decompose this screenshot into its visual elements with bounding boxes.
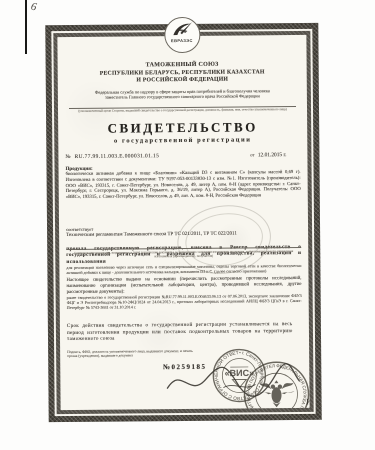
evrazes-logo-icon: [171, 21, 193, 39]
certificate-paper: ТАМОЖЕННЫЙ СОЮЗ РЕСПУБЛИКИ БЕЛАРУСЬ, РЕС…: [57, 35, 309, 410]
validity-statement: Срок действия свидетельства о государств…: [67, 321, 293, 342]
usage-statement: для реализации населению через аптечную …: [66, 263, 301, 275]
scanned-page: 6 ЕВРАЗЭС ТАМОЖЕННЫЙ СОЮЗ РЕСПУБЛИКИ БЕЛ…: [0, 0, 375, 450]
emblem-label: ЕВРАЗЭС: [165, 38, 199, 43]
scan-edge-line: [25, 0, 27, 54]
handwritten-initials: И. Г.: [305, 396, 309, 410]
certificate-subtitle: о государственной регистрации: [65, 136, 300, 145]
signature-scribble-icon: [163, 357, 303, 404]
date-label: от: [250, 153, 254, 158]
handwritten-margin-note: 6: [30, 1, 38, 14]
header-footnote: (уполномоченный орган Стороны, выдавший …: [69, 106, 296, 113]
registration-date: 12.01.2015 г.: [258, 152, 287, 158]
certificate-title: СВИДЕТЕЛЬСТВО: [65, 119, 300, 137]
product-description: биологически активная добавка к пище «Бл…: [66, 170, 301, 201]
registration-number-row: № RU.77.99.11.003.Е.000031.01.15 от 12.0…: [65, 152, 300, 160]
registration-number: RU.77.99.11.003.Е.000031.01.15: [75, 153, 160, 160]
basis-documents: ранее свидетельство о государственной ре…: [67, 293, 302, 310]
certificate-document: ЕВРАЗЭС ТАМОЖЕННЫЙ СОЮЗ РЕСПУБЛИКИ БЕЛАР…: [45, 23, 321, 422]
evrazes-emblem: ЕВРАЗЭС: [164, 17, 200, 53]
number-label: №: [65, 154, 70, 160]
basis-intro: Настоящее свидетельство выдано на основа…: [66, 276, 301, 295]
